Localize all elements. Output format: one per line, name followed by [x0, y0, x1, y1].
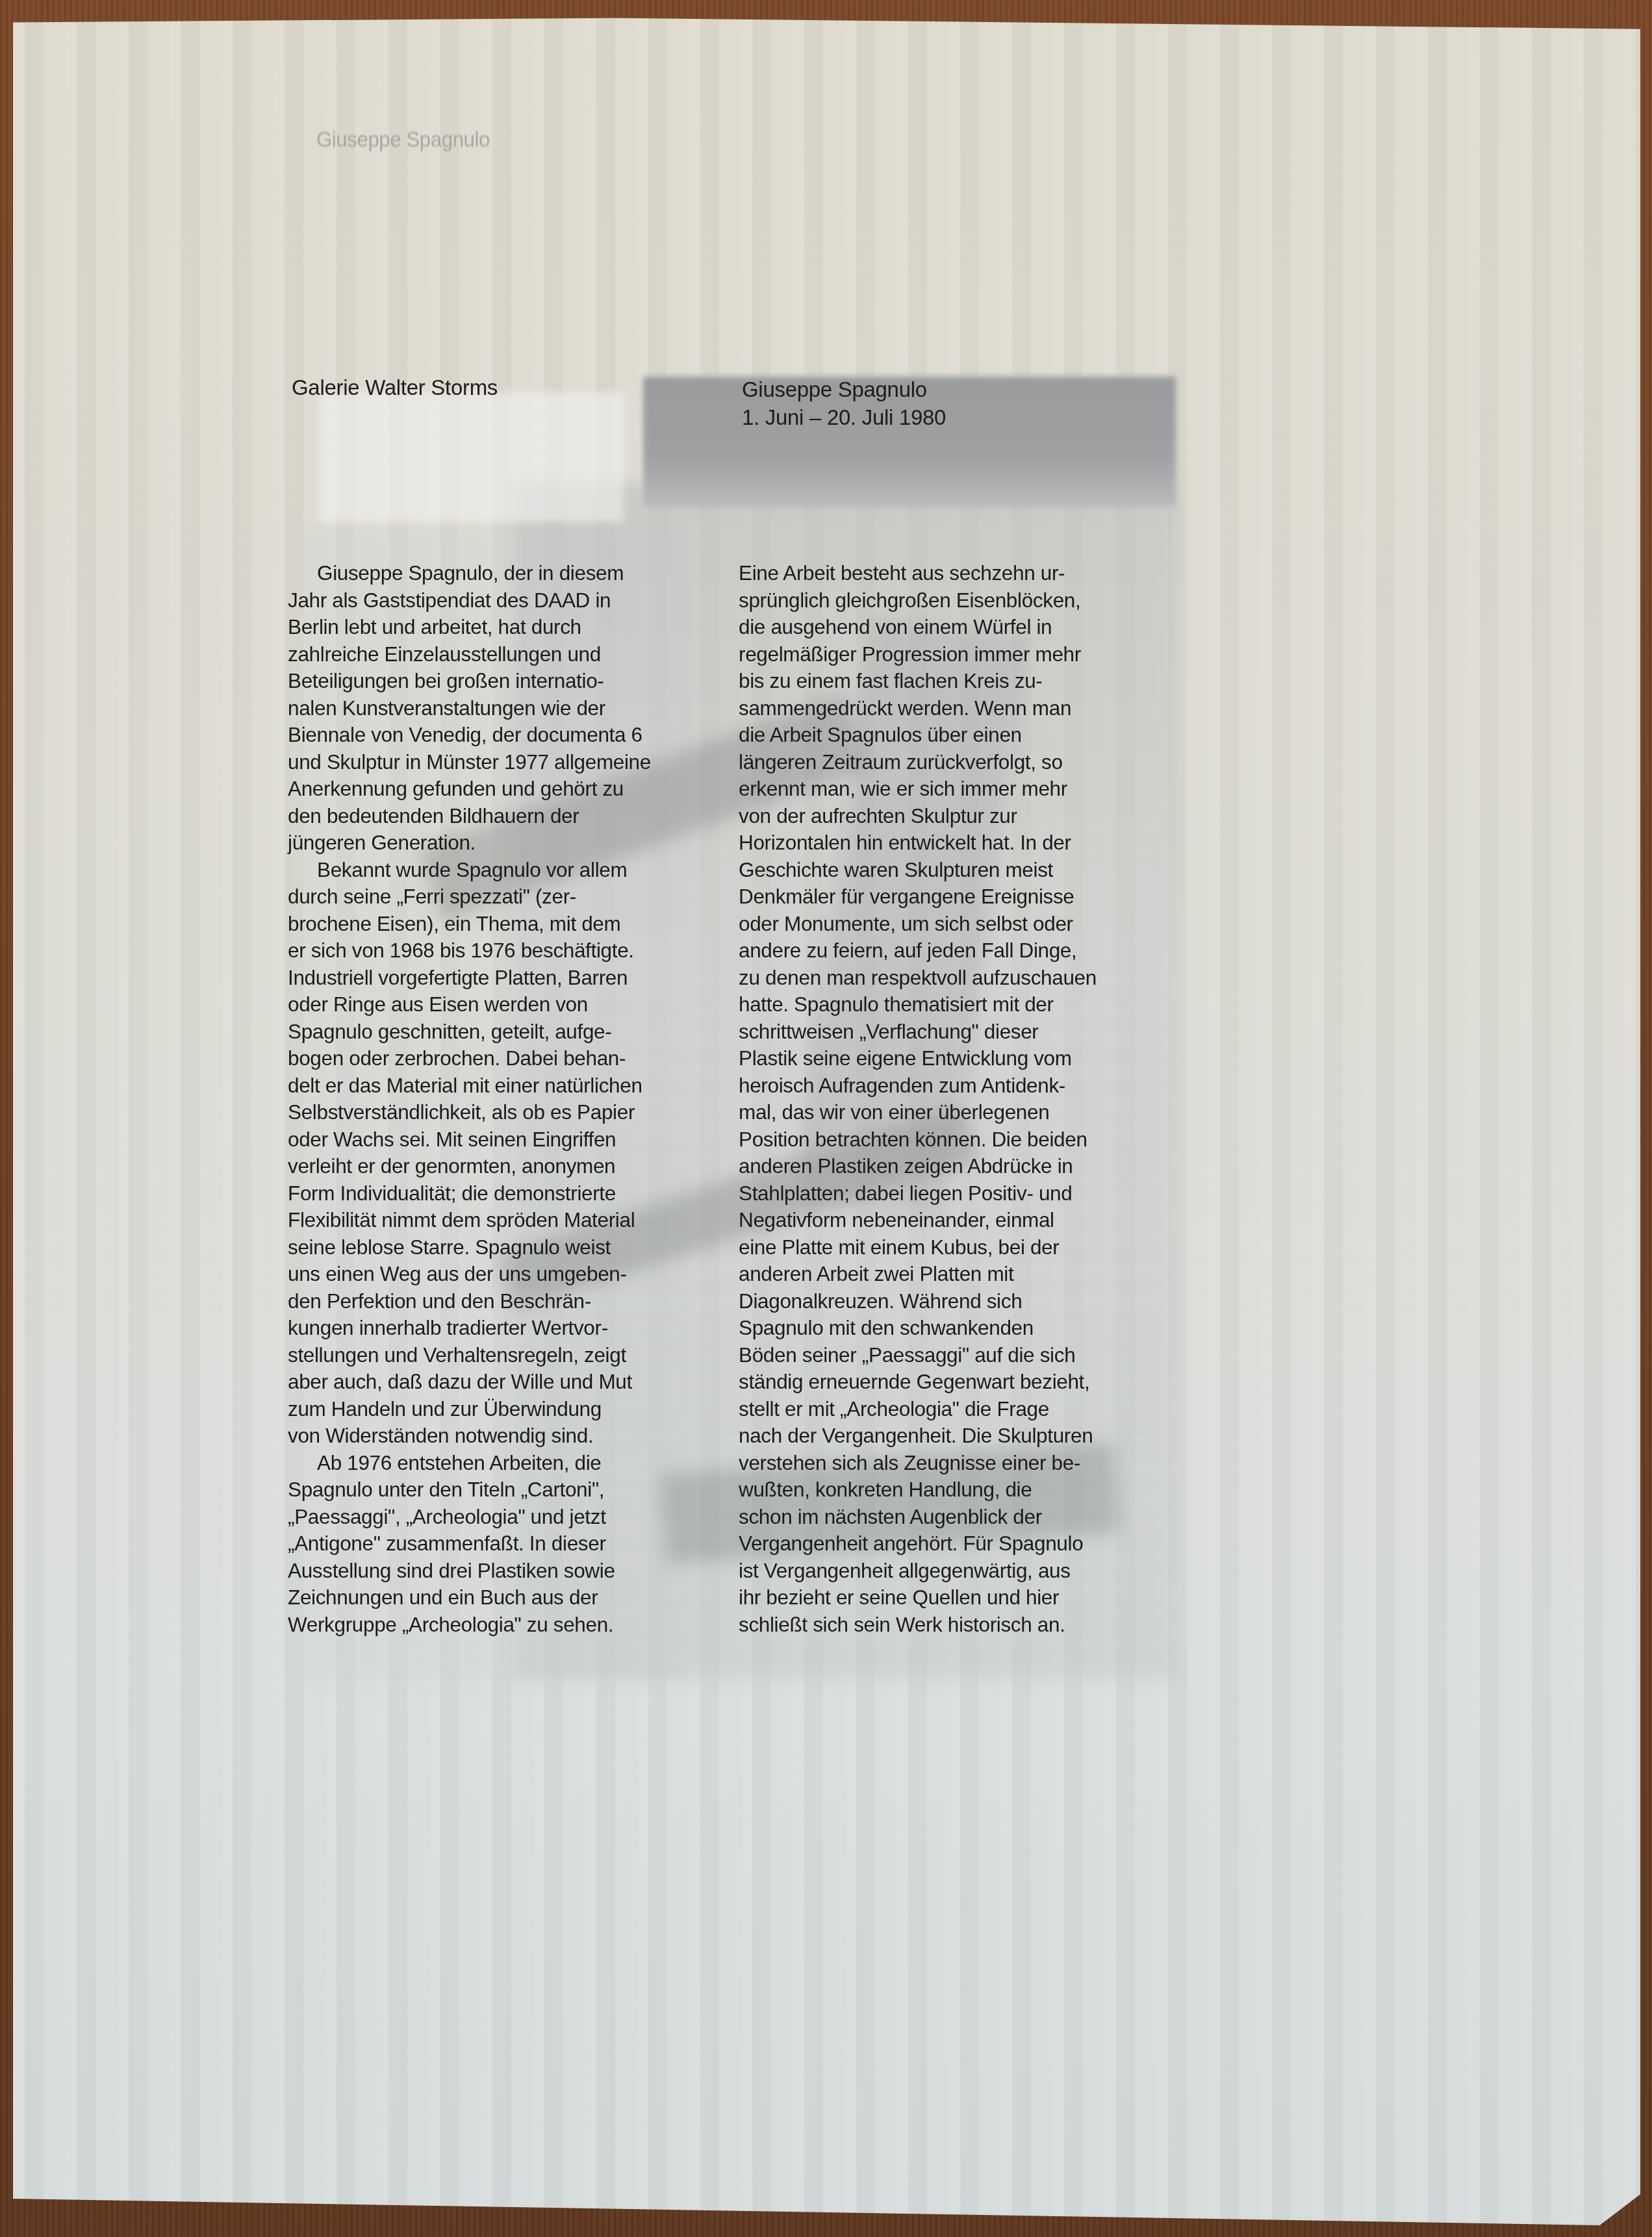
text-line: längeren Zeitraum zurückverfolgt, so: [739, 749, 1097, 776]
paragraph: Ab 1976 entstehen Arbeiten, dieSpagnulo …: [288, 1450, 651, 1639]
paragraph: Eine Arbeit besteht aus sechzehn ur-sprü…: [739, 560, 1097, 1638]
text-column-right: Eine Arbeit besteht aus sechzehn ur-sprü…: [739, 560, 1097, 1638]
text-line: zahlreiche Einzelausstellungen und: [288, 641, 651, 668]
text-line: uns einen Weg aus der uns umgeben-: [288, 1261, 651, 1288]
text-line: wußten, konkreten Handlung, die: [739, 1476, 1097, 1504]
text-line: Denkmäler für vergangene Ereignisse: [739, 883, 1097, 911]
text-line: von der aufrechten Skulptur zur: [739, 803, 1097, 830]
text-line: zu denen man respektvoll aufzuschauen: [739, 965, 1097, 992]
text-line: delt er das Material mit einer natürlich…: [288, 1072, 651, 1100]
text-line: stellungen und Verhaltensregeln, zeigt: [288, 1342, 651, 1369]
text-line: „Antigone" zusammenfaßt. In dieser: [288, 1530, 651, 1558]
text-line: erkennt man, wie er sich immer mehr: [739, 776, 1097, 803]
text-line: schrittweisen „Verflachung" dieser: [739, 1018, 1097, 1046]
text-line: von Widerständen notwendig sind.: [288, 1422, 651, 1450]
text-line: Spagnulo unter den Titeln „Cartoni",: [288, 1476, 651, 1504]
text-line: Berlin lebt und arbeitet, hat durch: [288, 614, 651, 641]
paragraph: Bekannt wurde Spagnulo vor allemdurch se…: [288, 857, 651, 1450]
text-line: bogen oder zerbrochen. Dabei behan-: [288, 1045, 651, 1072]
text-line: Spagnulo mit den schwankenden: [739, 1315, 1097, 1342]
text-line: ist Vergangenheit allgegenwärtig, aus: [739, 1558, 1097, 1585]
text-line: seine leblose Starre. Spagnulo weist: [288, 1234, 651, 1261]
text-line: Vergangenheit angehört. Für Spagnulo: [739, 1530, 1097, 1558]
text-line: Werkgruppe „Archeologia" zu sehen.: [288, 1611, 651, 1639]
text-line: sprünglich gleichgroßen Eisenblöcken,: [739, 587, 1097, 614]
text-line: Horizontalen hin entwickelt hat. In der: [739, 829, 1097, 857]
text-line: Jahr als Gaststipendiat des DAAD in: [288, 587, 651, 614]
text-line: Bekannt wurde Spagnulo vor allem: [288, 857, 651, 884]
text-line: hatte. Spagnulo thematisiert mit der: [739, 991, 1097, 1018]
artist-name: Giuseppe Spagnulo: [742, 375, 946, 403]
text-line: kungen innerhalb tradierter Wertvor-: [288, 1315, 651, 1342]
ghost-title-show-through: Giuseppe Spagnulo: [316, 127, 490, 153]
text-line: Position betrachten können. Die beiden: [739, 1126, 1097, 1154]
text-line: Selbstverständlichkeit, als ob es Papier: [288, 1099, 651, 1126]
text-line: ständig erneuernde Gegenwart bezieht,: [739, 1369, 1097, 1396]
text-line: bis zu einem fast flachen Kreis zu-: [739, 668, 1097, 695]
text-line: jüngeren Generation.: [288, 829, 651, 857]
text-column-left: Giuseppe Spagnulo, der in diesemJahr als…: [288, 560, 651, 1638]
text-line: eine Platte mit einem Kubus, bei der: [739, 1234, 1097, 1261]
text-line: Ab 1976 entstehen Arbeiten, die: [288, 1450, 651, 1477]
exhibition-dates: 1. Juni – 20. Juli 1980: [742, 403, 946, 431]
text-line: oder Ringe aus Eisen werden von: [288, 991, 651, 1018]
text-line: Flexibilität nimmt dem spröden Material: [288, 1207, 651, 1234]
text-line: den bedeutenden Bildhauern der: [288, 803, 651, 830]
gallery-name: Galerie Walter Storms: [292, 375, 498, 400]
text-line: oder Wachs sei. Mit seinen Eingriffen: [288, 1126, 651, 1154]
text-line: Plastik seine eigene Entwicklung vom: [739, 1045, 1097, 1072]
text-line: er sich von 1968 bis 1976 beschäftigte.: [288, 937, 651, 965]
text-line: Spagnulo geschnitten, geteilt, aufge-: [288, 1018, 651, 1046]
text-line: mal, das wir von einer überlegenen: [739, 1099, 1097, 1126]
text-line: nach der Vergangenheit. Die Skulpturen: [739, 1422, 1097, 1450]
text-line: andere zu feiern, auf jeden Fall Dinge,: [739, 937, 1097, 965]
text-line: die ausgehend von einem Würfel in: [739, 614, 1097, 641]
text-line: Stahlplatten; dabei liegen Positiv- und: [739, 1180, 1097, 1207]
text-line: und Skulptur in Münster 1977 allgemeine: [288, 749, 651, 776]
text-line: verstehen sich als Zeugnisse einer be-: [739, 1450, 1097, 1477]
text-line: anderen Plastiken zeigen Abdrücke in: [739, 1153, 1097, 1180]
text-line: verleiht er der genormten, anonymen: [288, 1153, 651, 1180]
exhibition-header: Giuseppe Spagnulo 1. Juni – 20. Juli 198…: [742, 375, 946, 431]
text-line: oder Monumente, um sich selbst oder: [739, 911, 1097, 938]
text-line: Beteiligungen bei großen internatio-: [288, 668, 651, 695]
text-line: den Perfektion und den Beschrän-: [288, 1288, 651, 1315]
text-line: sammengedrückt werden. Wenn man: [739, 695, 1097, 722]
text-line: heroisch Aufragenden zum Antidenk-: [739, 1072, 1097, 1100]
text-line: „Paessaggi", „Archeologia" und jetzt: [288, 1504, 651, 1531]
text-line: Negativform nebeneinander, einmal: [739, 1207, 1097, 1234]
text-line: ihr bezieht er seine Quellen und hier: [739, 1584, 1097, 1611]
text-line: Anerkennung gefunden und gehört zu: [288, 776, 651, 803]
text-line: zum Handeln und zur Überwindung: [288, 1396, 651, 1423]
text-line: regelmäßiger Progression immer mehr: [739, 641, 1097, 668]
text-line: Industriell vorgefertigte Platten, Barre…: [288, 965, 651, 992]
text-line: die Arbeit Spagnulos über einen: [739, 722, 1097, 749]
text-line: Böden seiner „Paessaggi" auf die sich: [739, 1342, 1097, 1369]
text-line: Form Individualität; die demonstrierte: [288, 1180, 651, 1207]
text-line: Geschichte waren Skulpturen meist: [739, 857, 1097, 884]
text-line: nalen Kunstveranstaltungen wie der: [288, 695, 651, 722]
text-line: brochene Eisen), ein Thema, mit dem: [288, 911, 651, 938]
text-line: schließt sich sein Werk historisch an.: [739, 1611, 1097, 1639]
text-line: schon im nächsten Augenblick der: [739, 1504, 1097, 1531]
text-line: Biennale von Venedig, der documenta 6: [288, 722, 651, 749]
text-line: Eine Arbeit besteht aus sechzehn ur-: [739, 560, 1097, 587]
text-line: Zeichnungen und ein Buch aus der: [288, 1584, 651, 1611]
text-line: aber auch, daß dazu der Wille und Mut: [288, 1369, 651, 1396]
text-line: Ausstellung sind drei Plastiken sowie: [288, 1558, 651, 1585]
text-line: Diagonalkreuzen. Während sich: [739, 1288, 1097, 1315]
text-line: Giuseppe Spagnulo, der in diesem: [288, 560, 651, 587]
photo-highlight: [318, 392, 624, 522]
text-line: stellt er mit „Archeologia" die Frage: [739, 1396, 1097, 1423]
text-line: anderen Arbeit zwei Platten mit: [739, 1261, 1097, 1288]
paragraph: Giuseppe Spagnulo, der in diesemJahr als…: [288, 560, 651, 857]
text-line: durch seine „Ferri spezzati" (zer-: [288, 883, 651, 911]
